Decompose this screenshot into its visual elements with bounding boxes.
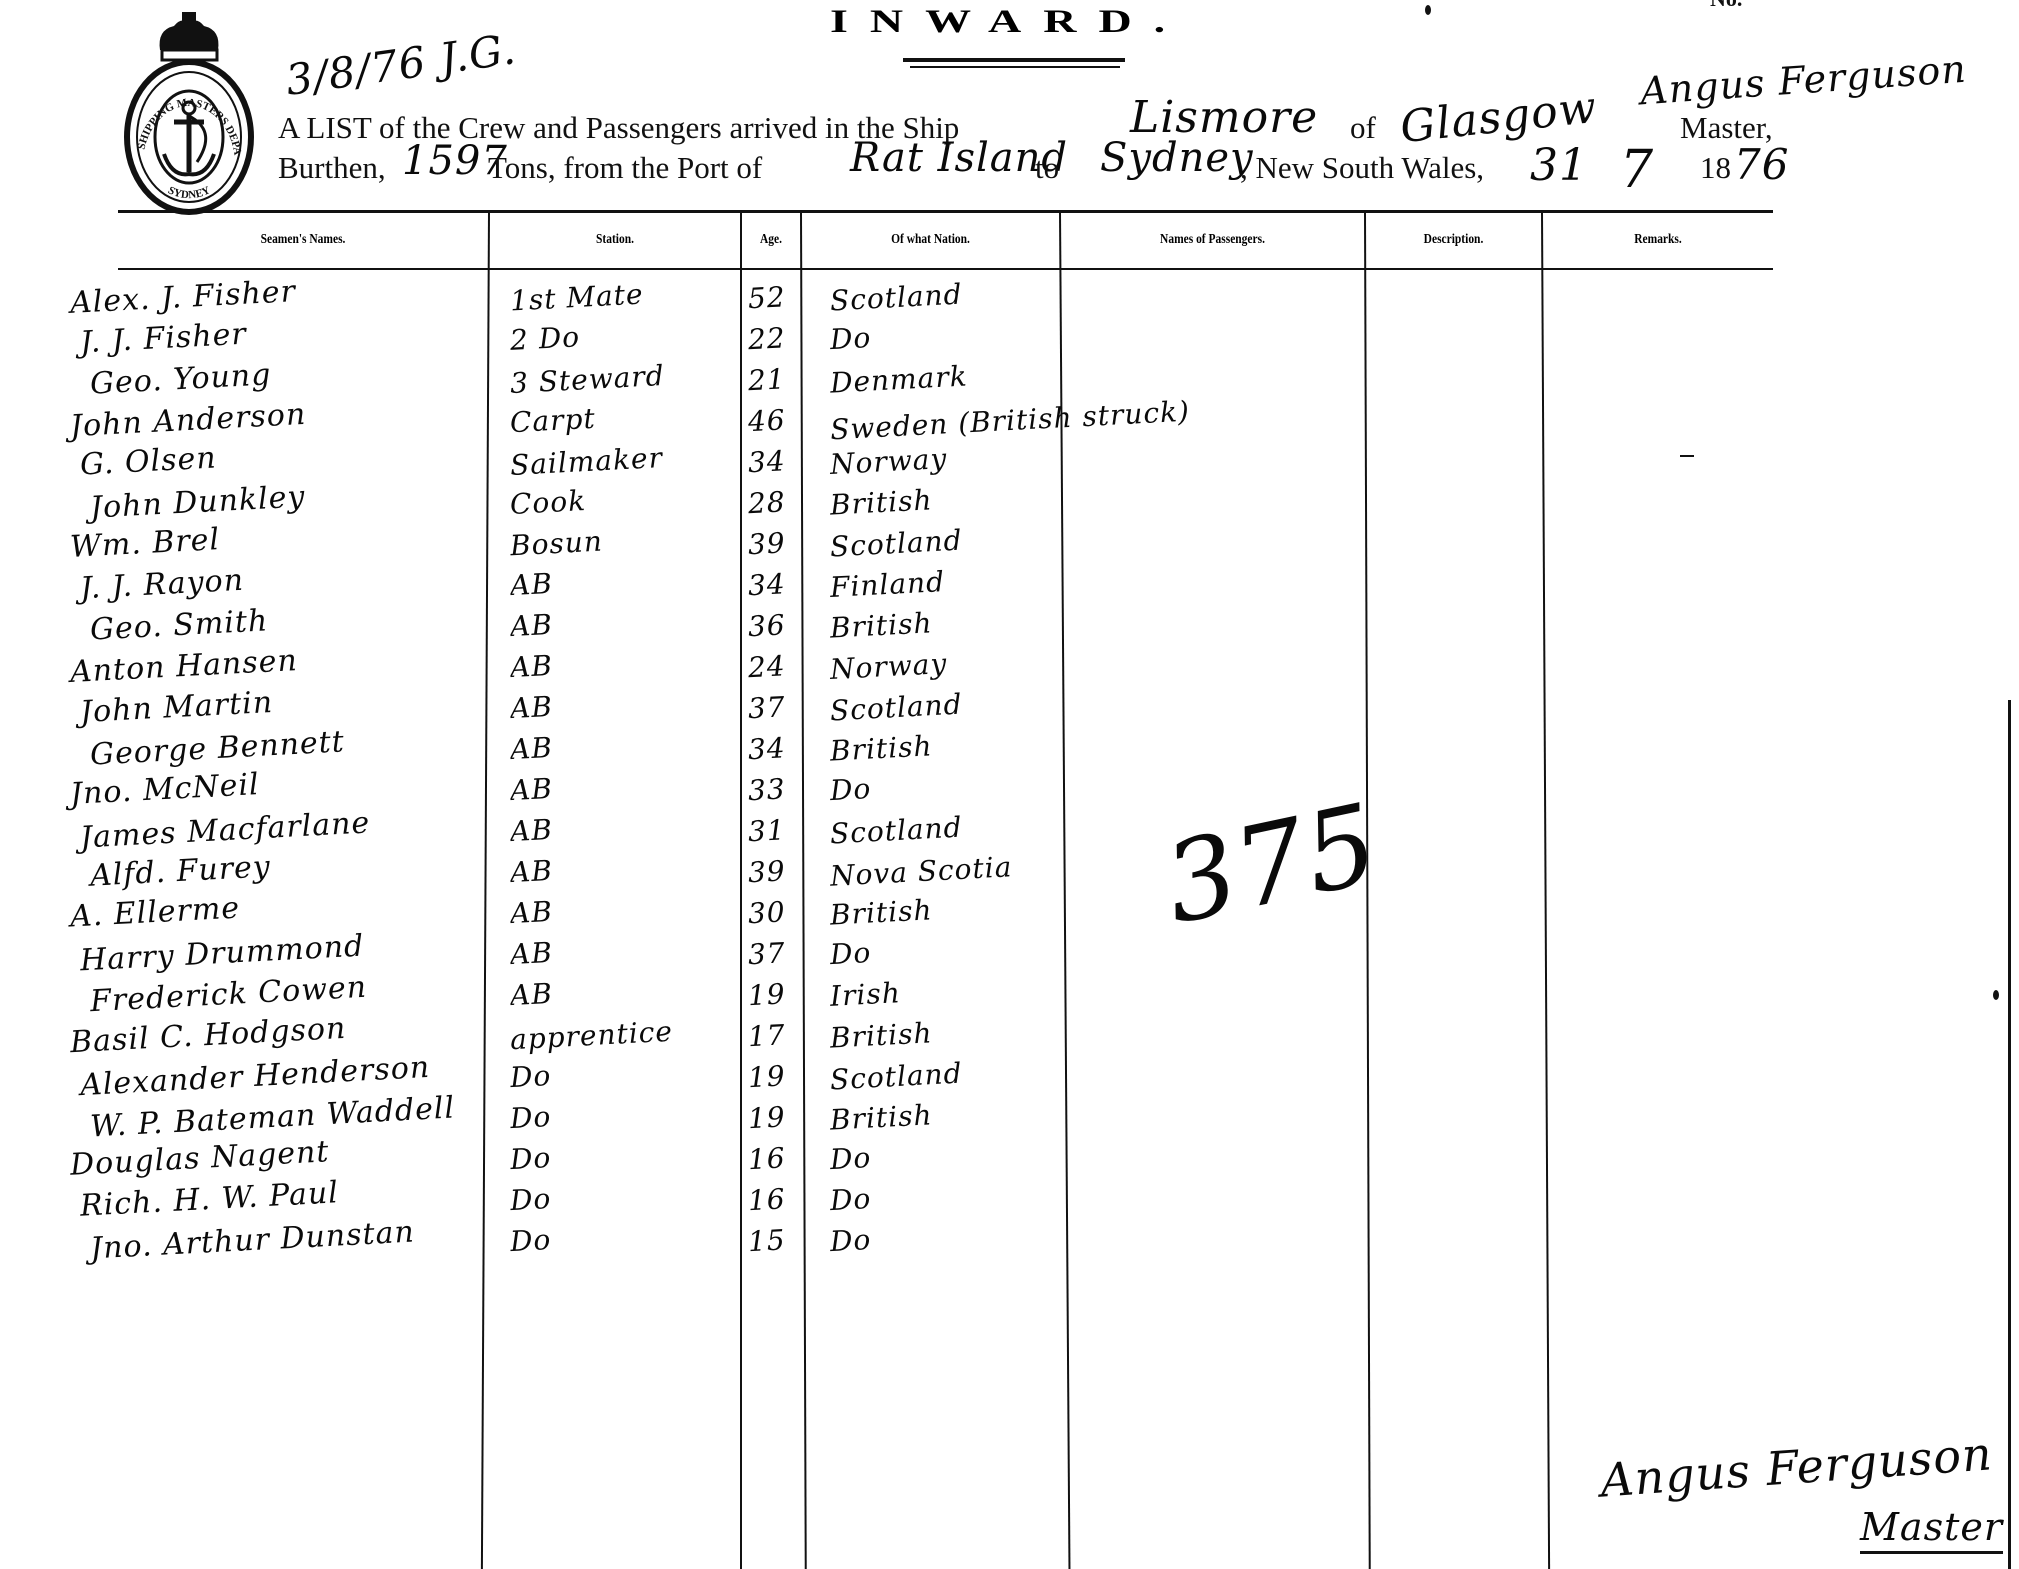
year-suffix: 76 [1734, 140, 1789, 189]
nation: Do [829, 318, 872, 360]
nation: Scotland [829, 808, 963, 855]
age: 36 [747, 605, 799, 648]
age: 21 [747, 359, 799, 402]
nation: Do [829, 769, 872, 811]
nation: Scotland [829, 521, 963, 568]
age: 28 [747, 482, 799, 525]
nation: Scotland [829, 275, 963, 322]
station: AB [509, 605, 554, 647]
nation: Do [829, 1138, 872, 1180]
age: 30 [747, 892, 799, 935]
nation: Norway [829, 439, 948, 485]
age: 22 [747, 318, 799, 361]
of-label: of [1350, 110, 1376, 146]
year-prefix: 18 [1700, 150, 1731, 186]
station: 3 Steward [509, 356, 666, 404]
nation: Finland [829, 562, 946, 608]
age: 46 [747, 400, 799, 443]
station: Sailmaker [509, 438, 664, 486]
nation: Scotland [829, 685, 963, 732]
station: AB [509, 933, 554, 975]
age: 15 [747, 1220, 799, 1263]
page-edge [2008, 700, 2011, 1569]
age: 17 [747, 1015, 799, 1058]
col-header-nation: Of what Nation. [825, 232, 1036, 248]
column-divider [1541, 212, 1550, 1569]
col-header-seamens-names: Seamen's Names. [151, 232, 454, 248]
ink-mark [1680, 455, 1694, 457]
col-header-description: Description. [1382, 232, 1526, 248]
station: AB [509, 728, 554, 770]
age: 39 [747, 523, 799, 566]
nation: Do [829, 1179, 872, 1221]
col-header-passengers: Names of Passengers. [1088, 232, 1336, 248]
station: Do [509, 1097, 552, 1139]
table-top-rule [118, 210, 1773, 213]
seaman-name: Alfd. Furey [89, 847, 272, 896]
seaman-name: G. Olsen [79, 438, 218, 485]
tons-from-label: Tons, from the Port of [488, 150, 762, 186]
master-title: Master [1860, 1505, 2003, 1554]
station: apprentice [509, 1012, 674, 1060]
nation: Denmark [829, 356, 969, 403]
station: AB [509, 892, 554, 934]
ink-speck [1425, 5, 1431, 15]
station: AB [509, 687, 554, 729]
nation: British [829, 1095, 933, 1140]
master-signature: Angus Ferguson [1599, 1426, 1995, 1507]
nation: British [829, 603, 933, 648]
passenger-total-annotation: 375 [1154, 779, 1389, 948]
station: AB [509, 646, 554, 688]
age: 37 [747, 933, 799, 976]
age: 16 [747, 1138, 799, 1181]
title-underline-thin [910, 66, 1120, 68]
station: AB [509, 564, 554, 606]
station: Bosun [509, 522, 604, 567]
column-divider [740, 212, 742, 1569]
nation: British [829, 1013, 933, 1058]
age: 24 [747, 646, 799, 689]
nation: British [829, 480, 933, 525]
column-divider [800, 212, 807, 1569]
nation: Do [829, 933, 872, 975]
age: 34 [747, 728, 799, 771]
nation: Nova Scotia [829, 847, 1013, 896]
page-number-fragment: No. [1710, 0, 1742, 12]
station: AB [509, 810, 554, 852]
burthen-label: Burthen, [278, 150, 386, 186]
col-header-age: Age. [747, 232, 795, 248]
station: 1st Mate [509, 275, 644, 322]
nation: British [829, 890, 933, 935]
age: 34 [747, 564, 799, 607]
shipping-masters-crest-icon: SHIPPING MASTERS DEPARTMENT SYDNEY [122, 12, 257, 217]
document-title: INWARD. [830, 2, 1187, 40]
station: Do [509, 1138, 552, 1180]
col-header-remarks: Remarks. [1564, 232, 1753, 248]
station: 2 Do [509, 317, 581, 361]
arrival-day: 31 [1530, 140, 1588, 191]
master-name: Angus Ferguson [1639, 47, 1968, 114]
to-label: to [1035, 150, 1059, 186]
age: 34 [747, 441, 799, 484]
col-header-station: Station. [513, 232, 718, 248]
margin-note: 3/8/76 J.G. [283, 24, 519, 105]
station: AB [509, 974, 554, 1016]
station: AB [509, 851, 554, 893]
arrival-month: 7 [1620, 140, 1654, 200]
age: 19 [747, 1097, 799, 1140]
nation: Irish [829, 973, 902, 1017]
nsw-label: , New South Wales, [1240, 150, 1484, 186]
station: Cook [509, 481, 587, 525]
column-divider [481, 212, 490, 1569]
seaman-name: J. J. Fisher [79, 315, 248, 364]
age: 37 [747, 687, 799, 730]
seaman-name: Wm. Brel [69, 520, 221, 568]
title-underline [903, 58, 1125, 62]
station: AB [509, 769, 554, 811]
station: Do [509, 1179, 552, 1221]
ink-speck [1993, 990, 1999, 1000]
station: Do [509, 1056, 552, 1098]
station: Carpt [509, 399, 597, 443]
to-port: Sydney [1100, 135, 1254, 181]
nation: Do [829, 1220, 872, 1262]
age: 16 [747, 1179, 799, 1222]
age: 19 [747, 1056, 799, 1099]
seaman-name: J. J. Rayon [79, 561, 245, 610]
nation: Norway [829, 644, 948, 690]
station: Do [509, 1220, 552, 1262]
seaman-name: Jno. McNeil [69, 765, 261, 815]
table-header-rule [118, 268, 1773, 270]
age: 33 [747, 769, 799, 812]
age: 52 [747, 277, 799, 320]
age: 31 [747, 810, 799, 853]
seaman-name: Alex. J. Fisher [69, 272, 297, 324]
age: 39 [747, 851, 799, 894]
seaman-name: A. Ellerme [69, 889, 241, 938]
nation: British [829, 726, 933, 771]
nation: Scotland [829, 1054, 963, 1101]
age: 19 [747, 974, 799, 1017]
